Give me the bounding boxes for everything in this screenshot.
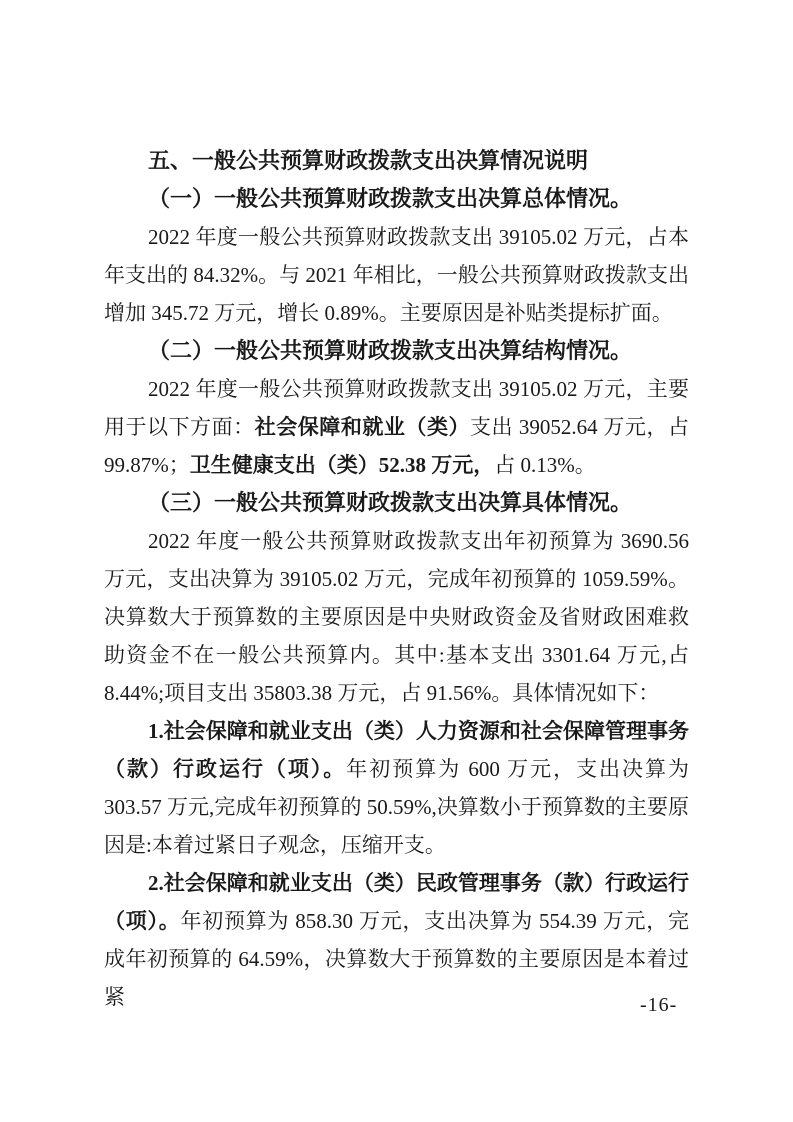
subsection-heading-3: （三）一般公共预算财政拨款支出决算具体情况。 xyxy=(104,484,689,522)
document-page: 五、一般公共预算财政拨款支出决算情况说明（一）一般公共预算财政拨款支出决算总体情… xyxy=(0,0,793,1122)
bold-text-segment: 五、一般公共预算财政拨款支出决算情况说明 xyxy=(148,148,588,173)
page-number: -16- xyxy=(640,994,677,1016)
text-segment: 占 0.13%。 xyxy=(494,453,596,477)
bold-text-segment: 卫生健康支出（类）52.38 万元， xyxy=(190,453,495,477)
paragraph-detail: 2022 年度一般公共预算财政拨款支出年初预算为 3690.56 万元，支出决算… xyxy=(104,522,689,712)
bold-text-segment: 社会保障和就业（类） xyxy=(255,415,470,439)
bold-text-segment: （一）一般公共预算财政拨款支出决算总体情况。 xyxy=(148,186,632,211)
paragraph-structure: 2022 年度一般公共预算财政拨款支出 39105.02 万元，主要用于以下方面… xyxy=(104,370,689,484)
text-segment: 年初预算为 858.30 万元，支出决算为 554.39 万元，完成年初预算的 … xyxy=(104,909,689,1009)
bold-text-segment: （二）一般公共预算财政拨款支出决算结构情况。 xyxy=(148,338,632,363)
paragraph-item-1: 1.社会保障和就业支出（类）人力资源和社会保障管理事务（款）行政运行（项）。年初… xyxy=(104,712,689,864)
subsection-heading-2: （二）一般公共预算财政拨款支出决算结构情况。 xyxy=(104,332,689,370)
section-heading-5: 五、一般公共预算财政拨款支出决算情况说明 xyxy=(104,142,689,180)
subsection-heading-1: （一）一般公共预算财政拨款支出决算总体情况。 xyxy=(104,180,689,218)
paragraph-overall: 2022 年度一般公共预算财政拨款支出 39105.02 万元，占本年支出的 8… xyxy=(104,218,689,332)
document-body: 五、一般公共预算财政拨款支出决算情况说明（一）一般公共预算财政拨款支出决算总体情… xyxy=(104,142,689,1016)
text-segment: 2022 年度一般公共预算财政拨款支出 39105.02 万元，占本年支出的 8… xyxy=(104,225,689,325)
bold-text-segment: （三）一般公共预算财政拨款支出决算具体情况。 xyxy=(148,490,632,515)
paragraph-item-2: 2.社会保障和就业支出（类）民政管理事务（款）行政运行（项）。年初预算为 858… xyxy=(104,864,689,1016)
text-segment: 2022 年度一般公共预算财政拨款支出年初预算为 3690.56 万元，支出决算… xyxy=(104,529,689,705)
